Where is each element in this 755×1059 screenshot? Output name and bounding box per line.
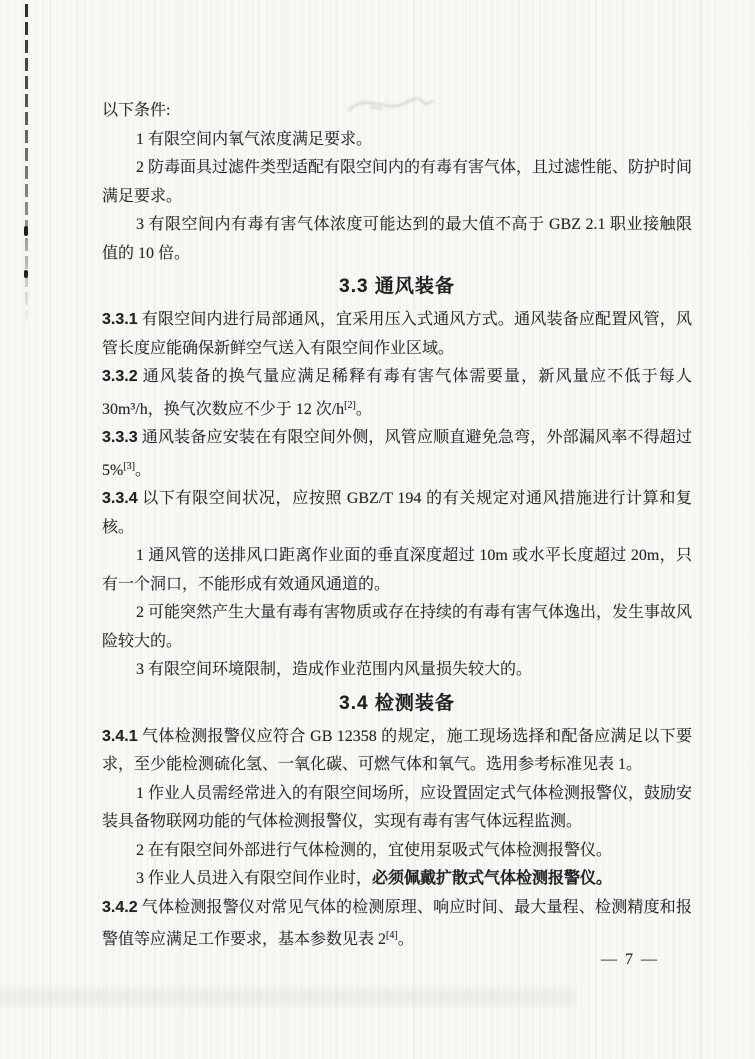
text-segment: 核。 [102,519,134,536]
text-segment: 。 [135,462,151,479]
page-number-label: — 7 — [601,951,659,968]
text-line: 管长度应能确保新鲜空气送入有限空间作业区域。 [102,335,692,364]
text-line: 3.3.2 通风装备的换气量应满足稀释有毒有害气体需要量，新风量应不低于每人 [102,363,692,392]
text-segment: 。 [356,401,372,418]
text-line: 1 通风管的送排风口距离作业面的垂直深度超过 10m 或水平长度超过 20m，只 [102,542,692,571]
text-line: 装具备物联网功能的气体检测报警仪，实现有毒有害气体远程监测。 [102,808,692,837]
clause-number: 3.3.2 [102,368,138,385]
clause-number: 3.3.1 [102,311,138,328]
scan-edge-artifact-dot [24,270,28,278]
scan-edge-artifact-dot [24,226,28,236]
text-line: 3 作业人员进入有限空间作业时，必须佩戴扩散式气体检测报警仪。 [102,865,692,894]
text-segment: 必须佩戴扩散式气体检测报警仪。 [372,870,612,887]
text-line: 以下条件: [102,97,692,126]
text-segment: 管长度应能确保新鲜空气送入有限空间作业区域。 [102,340,454,357]
text-segment: 2 防毒面具过滤件类型适配有限空间内的有毒有害气体，且过滤性能、防护时间 [136,159,692,176]
text-line: 险较大的。 [102,628,692,657]
clause-number: 3.4.1 [102,728,138,745]
text-segment: 30m³/h，换气次数应不少于 12 次/h [102,401,344,418]
text-segment: 通风装备应安装在有限空间外侧，风管应顺直避免急弯，外部漏风率不得超过 [138,429,692,446]
text-segment: 有一个洞口，不能形成有效通风通道的。 [102,576,390,593]
text-segment: 有限空间内进行局部通风，宜采用压入式通风方式。通风装备应配置风管，风 [138,311,692,328]
text-segment: 3.3 通风装备 [339,276,455,297]
superscript-ref: [4] [386,930,398,941]
text-line: 1 有限空间内氧气浓度满足要求。 [102,126,692,155]
section-heading: 3.3 通风装备 [102,268,692,306]
text-line: 3 有限空间内有毒有害气体浓度可能达到的最大值不高于 GBZ 2.1 职业接触限 [102,211,692,240]
superscript-ref: [3] [123,461,135,472]
text-line: 2 可能突然产生大量有毒有害物质或存在持续的有毒有害气体逸出，发生事故风 [102,599,692,628]
clause-number: 3.3.3 [102,429,138,446]
text-segment: 警值等应满足工作要求，基本参数见表 2 [102,931,386,948]
text-line: 满足要求。 [102,183,692,212]
text-line: 值的 10 倍。 [102,240,692,269]
text-segment: 以下条件: [102,102,170,119]
text-segment: 满足要求。 [102,188,182,205]
text-segment: 3 作业人员进入有限空间作业时， [136,870,372,887]
text-line: 5%[3]。 [102,453,692,486]
clause-number: 3.4.2 [102,899,138,916]
text-line: 1 作业人员需经常进入的有限空间场所，应设置固定式气体检测报警仪，鼓励安 [102,780,692,809]
text-line: 3.3.3 通风装备应安装在有限空间外侧，风管应顺直避免急弯，外部漏风率不得超过 [102,424,692,453]
scan-band-artifact [0,989,575,1005]
document-body: 以下条件:1 有限空间内氧气浓度满足要求。2 防毒面具过滤件类型适配有限空间内的… [102,0,692,955]
text-line: 求，至少能检测硫化氢、一氧化碳、可燃气体和氧气。选用参考标准见表 1。 [102,751,692,780]
superscript-ref: [2] [344,400,356,411]
text-segment: 3.4 检测装备 [339,693,455,714]
text-segment: 气体检测报警仪应符合 GB 12358 的规定，施工现场选择和配备应满足以下要 [138,728,692,745]
page-number: — 7 — [601,951,659,969]
text-line: 3.3.1 有限空间内进行局部通风，宜采用压入式通风方式。通风装备应配置风管，风 [102,306,692,335]
text-segment: 值的 10 倍。 [102,245,190,262]
clause-number: 3.3.4 [102,490,138,507]
text-segment: 装具备物联网功能的气体检测报警仪，实现有毒有害气体远程监测。 [102,813,582,830]
text-segment: 5% [102,462,123,479]
text-segment: 1 作业人员需经常进入的有限空间场所，应设置固定式气体检测报警仪，鼓励安 [136,785,692,802]
text-segment: 3 有限空间环境限制，造成作业范围内风量损失较大的。 [136,661,532,678]
text-segment: 3 有限空间内有毒有害气体浓度可能达到的最大值不高于 GBZ 2.1 职业接触限 [136,216,692,233]
text-line: 核。 [102,514,692,543]
text-segment: 2 在有限空间外部进行气体检测的，宜使用泵吸式气体检测报警仪。 [136,842,612,859]
section-heading: 3.4 检测装备 [102,685,692,723]
text-segment: 通风装备的换气量应满足稀释有毒有害气体需要量，新风量应不低于每人 [138,368,692,385]
text-line: 30m³/h，换气次数应不少于 12 次/h[2]。 [102,392,692,425]
text-line: 3 有限空间环境限制，造成作业范围内风量损失较大的。 [102,656,692,685]
text-line: 2 防毒面具过滤件类型适配有限空间内的有毒有害气体，且过滤性能、防护时间 [102,154,692,183]
text-line: 有一个洞口，不能形成有效通风通道的。 [102,571,692,600]
text-segment: 。 [398,931,414,948]
text-line: 警值等应满足工作要求，基本参数见表 2[4]。 [102,922,692,955]
text-segment: 2 可能突然产生大量有毒有害物质或存在持续的有毒有害气体逸出，发生事故风 [136,604,692,621]
text-segment: 1 通风管的送排风口距离作业面的垂直深度超过 10m 或水平长度超过 20m，只 [136,547,692,564]
text-line: 3.4.2 气体检测报警仪对常见气体的检测原理、响应时间、最大量程、检测精度和报 [102,894,692,923]
text-segment: 求，至少能检测硫化氢、一氧化碳、可燃气体和氧气。选用参考标准见表 1。 [102,756,642,773]
text-segment: 1 有限空间内氧气浓度满足要求。 [136,131,372,148]
scanned-document-page: 以下条件:1 有限空间内氧气浓度满足要求。2 防毒面具过滤件类型适配有限空间内的… [0,0,755,1059]
text-line: 2 在有限空间外部进行气体检测的，宜使用泵吸式气体检测报警仪。 [102,837,692,866]
text-segment: 气体检测报警仪对常见气体的检测原理、响应时间、最大量程、检测精度和报 [138,899,692,916]
text-segment: 险较大的。 [102,633,182,650]
text-line: 3.3.4 以下有限空间状况，应按照 GBZ/T 194 的有关规定对通风措施进… [102,485,692,514]
text-line: 3.4.1 气体检测报警仪应符合 GB 12358 的规定，施工现场选择和配备应… [102,723,692,752]
text-segment: 以下有限空间状况，应按照 GBZ/T 194 的有关规定对通风措施进行计算和复 [138,490,692,507]
